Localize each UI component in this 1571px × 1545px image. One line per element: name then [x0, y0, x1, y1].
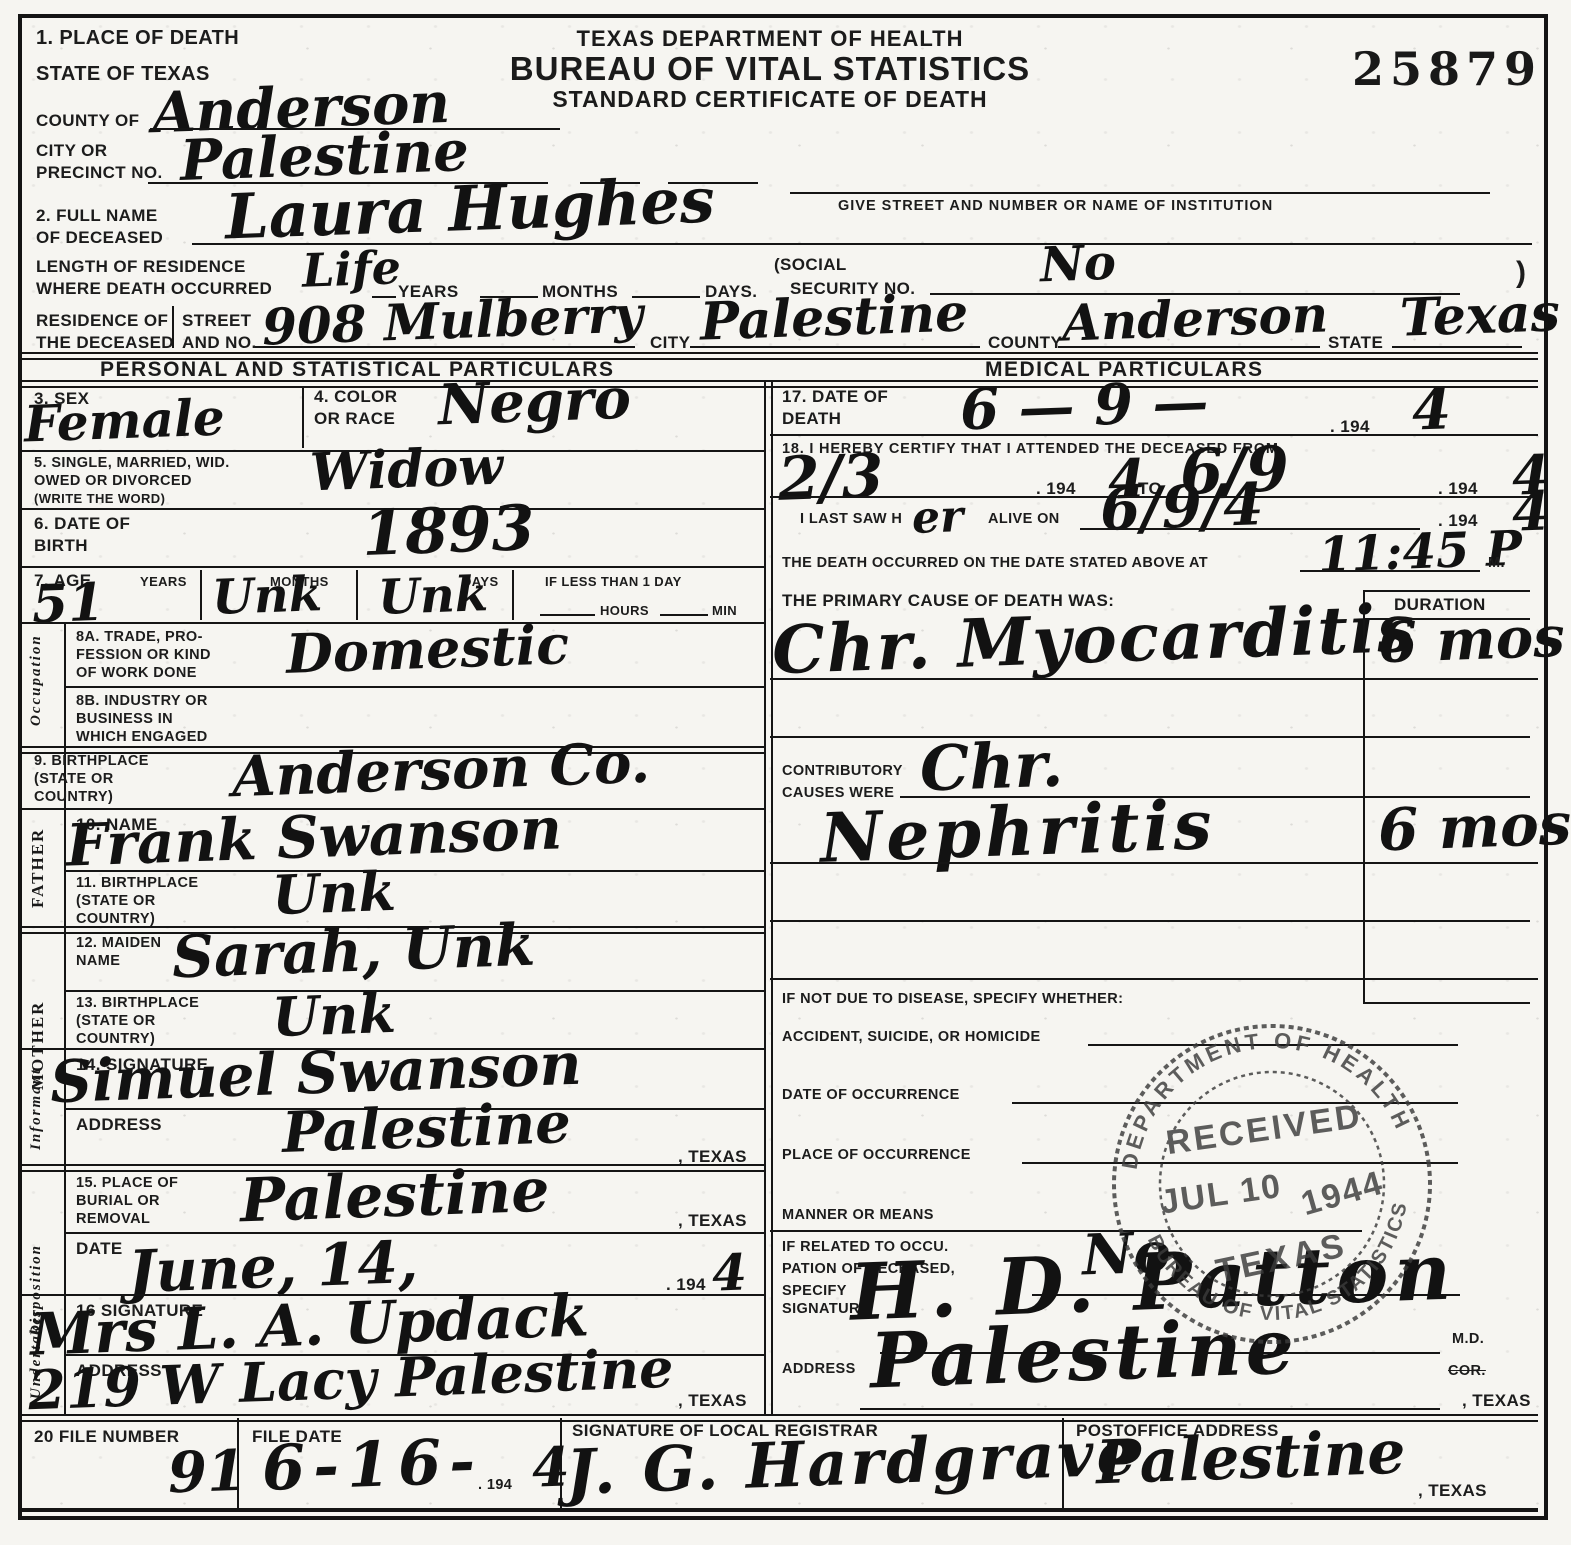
file-number-handwritten: 91	[167, 1443, 247, 1502]
informant-side-label: Informant	[28, 1050, 45, 1168]
burial-date-year-hw: 4	[711, 1247, 748, 1298]
ssn-label-1: (SOCIAL	[774, 256, 847, 273]
residence-state-handwritten: Texas	[1399, 287, 1561, 345]
place-of-death-label: 1. PLACE OF DEATH	[36, 28, 239, 48]
residence-city-label: CITY	[650, 334, 690, 351]
row8a-line	[66, 686, 765, 688]
duration-box-bottom	[1363, 1002, 1530, 1004]
informant-addr-handwritten: Palestine	[281, 1095, 572, 1161]
column-divider	[764, 380, 773, 1414]
trade-label-3: OF WORK DONE	[76, 666, 197, 681]
occupation-side-label: Occupation	[28, 624, 45, 736]
residence-length-label-1: LENGTH OF RESIDENCE	[36, 258, 246, 275]
dept-title-line3: STANDARD CERTIFICATE OF DEATH	[552, 86, 987, 113]
institution-note: GIVE STREET AND NUMBER OR NAME OF INSTIT…	[838, 199, 1273, 214]
marital-handwritten: Widow	[309, 441, 504, 500]
race-label-1: 4. COLOR	[314, 388, 398, 405]
street-label-1: STREET	[182, 312, 251, 329]
registrar-handwritten: J. G. Hardgrave	[565, 1422, 1140, 1504]
institution-line	[790, 192, 1490, 194]
less-than-day-label: IF LESS THAN 1 DAY	[545, 575, 682, 588]
dod-label-1: 17. DATE OF	[782, 388, 888, 405]
duration-line2	[1363, 736, 1530, 738]
industry-label-2: BUSINESS IN	[76, 712, 173, 727]
contrib-line2	[770, 862, 1538, 864]
dod-line	[770, 434, 1538, 436]
dod-year-pre: . 194	[1330, 418, 1370, 435]
marital-label-1: 5. SINGLE, MARRIED, WID.	[34, 456, 230, 471]
age-div2	[356, 570, 358, 620]
residence-length-handwritten: Life	[301, 244, 401, 293]
duration-line4	[1363, 920, 1530, 922]
occurred-line	[1300, 570, 1480, 572]
mother-bp-label-1: 13. BIRTHPLACE	[76, 996, 199, 1011]
industry-label-3: WHICH ENGAGED	[76, 730, 208, 745]
mother-name-label-1: 12. MAIDEN	[76, 936, 161, 951]
row12-line	[66, 990, 765, 992]
hours-label: HOURS	[600, 604, 649, 617]
md-label: M.D.	[1452, 1332, 1484, 1347]
physician-addr-handwritten: Palestine	[869, 1309, 1299, 1400]
residence-label-2: THE DECEASED	[36, 334, 174, 351]
birth-label-2: BIRTH	[34, 537, 88, 554]
occurred-label: THE DEATH OCCURRED ON THE DATE STATED AB…	[782, 556, 1208, 571]
footer-bottom-line	[22, 1508, 1538, 1512]
primary-line	[770, 678, 1538, 680]
residence-state-line	[1392, 346, 1522, 348]
residence-divider	[172, 306, 174, 348]
place-occ-label: PLACE OF OCCURRENCE	[782, 1148, 971, 1163]
mother-bp-handwritten: Unk	[271, 986, 397, 1044]
city-label-1: CITY OR	[36, 142, 107, 159]
primary-cause-handwritten: Chr. Myocarditis	[771, 595, 1417, 683]
father-bp-handwritten: Unk	[271, 864, 397, 922]
burial-date-year-pre: . 194	[666, 1276, 706, 1293]
m-label: M.	[1488, 556, 1505, 571]
ssn-handwritten: No	[1039, 239, 1117, 290]
primary-line2	[770, 736, 1363, 738]
race-label-2: OR RACE	[314, 410, 395, 427]
date-occ-line	[1012, 1102, 1458, 1104]
age-days-handwritten: Unk	[377, 570, 489, 622]
trade-handwritten: Domestic	[285, 617, 570, 681]
marital-label-2: OWED OR DIVORCED	[34, 474, 192, 489]
undertaker-addr-state: , TEXAS	[678, 1392, 747, 1409]
certificate-number: 25879	[1352, 42, 1542, 96]
last-saw-er: er	[911, 495, 964, 541]
birthplace-handwritten: Anderson Co.	[231, 735, 651, 806]
accident-label: ACCIDENT, SUICIDE, OR HOMICIDE	[782, 1030, 1041, 1045]
fullname-label-1: 2. FULL NAME	[36, 207, 158, 224]
birthplace-label-2: (STATE OR	[34, 772, 114, 787]
informant-addr-state: , TEXAS	[678, 1148, 747, 1165]
physician-addr-line	[860, 1408, 1440, 1410]
burial-label-3: REMOVAL	[76, 1212, 150, 1227]
birthplace-label-1: 9. BIRTHPLACE	[34, 754, 149, 769]
alive-on-label: ALIVE ON	[988, 512, 1060, 527]
residence-county-handwritten: Anderson	[1061, 289, 1329, 348]
sex-handwritten: Female	[23, 393, 225, 450]
dod-year-hw: 4	[1411, 381, 1452, 438]
residence-county-line	[1058, 346, 1320, 348]
duration-box-top	[1363, 590, 1530, 592]
dod-handwritten: 6 — 9 —	[959, 374, 1209, 439]
age-div3	[512, 570, 514, 620]
section-band-bottom	[22, 380, 1538, 388]
residence-city-line	[690, 346, 980, 348]
file-date-handwritten: 6-16-	[261, 1430, 484, 1500]
father-bp-label-1: 11. BIRTHPLACE	[76, 876, 198, 891]
physician-addr-label: ADDRESS	[782, 1362, 856, 1377]
contrib-line3	[770, 920, 1363, 922]
min-blank	[660, 614, 708, 616]
manner-label: MANNER OR MEANS	[782, 1208, 934, 1223]
burial-date-label: DATE	[76, 1240, 123, 1257]
mother-name-handwritten: Sarah, Unk	[171, 916, 536, 987]
mother-name-label-2: NAME	[76, 954, 120, 969]
contrib-handwritten-2: Nephritis	[819, 791, 1217, 873]
dod-label-2: DEATH	[782, 410, 841, 427]
birthplace-label-3: COUNTRY)	[34, 790, 113, 805]
cor-label-struck: COR.	[1448, 1364, 1486, 1379]
accident-line	[1088, 1044, 1458, 1046]
min-label: MIN	[712, 604, 737, 617]
birth-label-1: 6. DATE OF	[34, 515, 130, 532]
burial-state: , TEXAS	[678, 1212, 747, 1229]
date-occ-label: DATE OF OCCURRENCE	[782, 1088, 960, 1103]
residence-city-handwritten: Palestine	[699, 287, 969, 348]
marital-label-3: (WRITE THE WORD)	[34, 492, 165, 505]
trade-label-2: FESSION OR KIND	[76, 648, 211, 663]
city-label-2: PRECINCT NO.	[36, 164, 163, 181]
birth-handwritten: 1893	[361, 497, 536, 565]
row6-line	[22, 566, 765, 568]
last-saw-pre: I LAST SAW H	[800, 512, 902, 527]
not-disease-label: IF NOT DUE TO DISEASE, SPECIFY WHETHER:	[782, 992, 1123, 1007]
age-months-handwritten: Unk	[211, 570, 323, 622]
residence-county-label: COUNTY	[988, 334, 1062, 351]
file-date-year-pre: . 194	[478, 1478, 512, 1493]
burial-label-1: 15. PLACE OF	[76, 1176, 178, 1191]
contrib-duration-handwritten: 6 mos	[1377, 795, 1571, 860]
residence-label-1: RESIDENCE OF	[36, 312, 168, 329]
street-handwritten: 908 Mulberry	[261, 289, 643, 352]
county-label: COUNTY OF	[36, 112, 139, 129]
contrib-label-1: CONTRIBUTORY	[782, 764, 903, 779]
certify-from-handwritten: 2/3	[777, 446, 884, 510]
file-number-label: 20 FILE NUMBER	[34, 1428, 179, 1445]
dept-title-line1: TEXAS DEPARTMENT OF HEALTH	[577, 26, 964, 52]
father-bp-label-2: (STATE OR	[76, 894, 156, 909]
place-occ-line	[1022, 1162, 1458, 1164]
industry-label-1: 8B. INDUSTRY OR	[76, 694, 208, 709]
residence-length-label-2: WHERE DEATH OCCURRED	[36, 280, 272, 297]
street-label-2: AND NO.	[182, 334, 257, 351]
po-address-handwritten: Palestine	[1095, 1423, 1406, 1494]
burial-handwritten: Palestine	[239, 1161, 550, 1232]
age-years-label: YEARS	[140, 575, 187, 588]
sex-race-divider	[302, 386, 304, 448]
cause-section-bottom	[770, 978, 1538, 980]
mother-bp-label-2: (STATE OR	[76, 1014, 156, 1029]
manner-line	[770, 1230, 1362, 1232]
primary-duration-handwritten: 6 mos	[1377, 609, 1565, 671]
death-certificate-scan: 1. PLACE OF DEATH STATE OF TEXAS TEXAS D…	[0, 0, 1571, 1545]
certify-year1-pre: . 194	[1036, 480, 1076, 497]
informant-addr-label: ADDRESS	[76, 1116, 162, 1133]
trade-label-1: 8A. TRADE, PRO-	[76, 630, 203, 645]
race-handwritten: Negro	[437, 371, 632, 434]
fullname-label-2: OF DECEASED	[36, 229, 163, 246]
burial-label-2: BURIAL OR	[76, 1194, 160, 1209]
dept-title-line2: BUREAU OF VITAL STATISTICS	[510, 50, 1030, 88]
row10-line	[66, 870, 765, 872]
related-label-3: SPECIFY	[782, 1284, 847, 1299]
fullname-handwritten: Laura Hughes	[224, 169, 716, 248]
certify-year2-pre: . 194	[1438, 480, 1478, 497]
po-address-state: , TEXAS	[1418, 1482, 1487, 1499]
father-bp-label-3: COUNTRY)	[76, 912, 155, 927]
physician-addr-state: , TEXAS	[1462, 1392, 1531, 1409]
street-line	[255, 346, 635, 348]
age-div1	[200, 570, 202, 620]
residence-state-label: STATE	[1328, 334, 1383, 351]
father-side-label: FATHER	[28, 810, 48, 926]
